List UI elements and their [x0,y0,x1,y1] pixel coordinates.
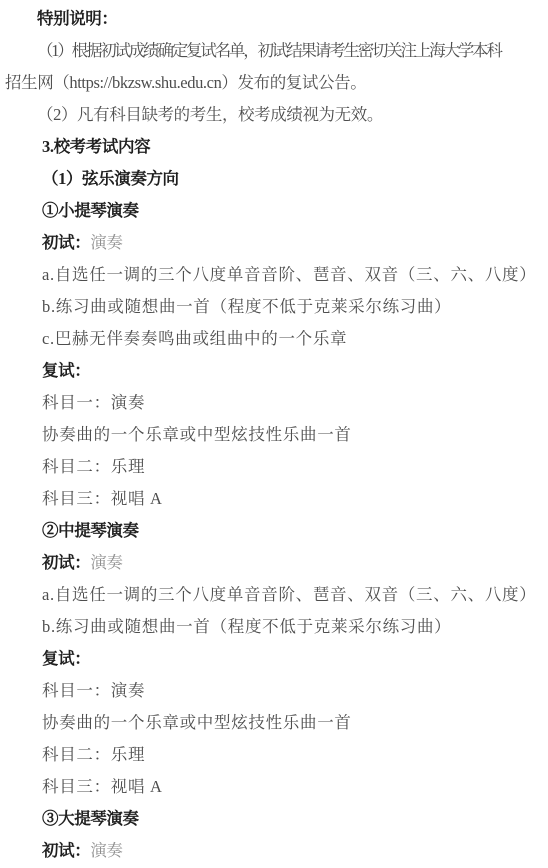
cello-first-round-text: 演奏 [90,841,122,860]
viola-second-round-heading-text: 复试： [42,649,90,668]
violin-first-round-text: 初试： [42,233,90,252]
violin-first-round-text: 演奏 [90,233,122,252]
viola-first-round-text: 演奏 [90,553,122,572]
cello-heading: ③大提琴演奏 [5,803,542,835]
viola-subject-1: 科目一：演奏 [5,675,542,707]
viola-first-round-item-a-text: a.自选任一调的三个八度单音音阶、琶音、双音（三、六、八度） [42,585,536,604]
violin-subject-3-text: 科目三：视唱 A [42,489,163,508]
violin-subject-3: 科目三：视唱 A [5,483,542,515]
violin-subject-1-text: 科目一：演奏 [42,393,145,412]
viola-first-round-item-b-text: b.练习曲或随想曲一首（程度不低于克莱采尔练习曲） [42,617,451,636]
viola-subject-1-text: 科目一：演奏 [42,681,145,700]
note-2-text: （2）凡有科目缺考的考生，校考成绩视为无效。 [37,105,383,124]
viola-first-round-item-b: b.练习曲或随想曲一首（程度不低于克莱采尔练习曲） [5,611,542,643]
cello-heading-text: ③大提琴演奏 [42,809,139,828]
direction-1-heading-text: （1）弦乐演奏方向 [42,169,179,188]
viola-subject-1-desc: 协奏曲的一个乐章或中型炫技性乐曲一首 [5,707,542,739]
violin-first-round-item-c: c.巴赫无伴奏奏鸣曲或组曲中的一个乐章 [5,323,542,355]
viola-subject-3: 科目三：视唱 A [5,771,542,803]
document-body: 特别说明：（1）根据初试成绩确定复试名单，初试结果请考生密切关注上海大学本科招生… [5,3,542,867]
violin-subject-1-desc: 协奏曲的一个乐章或中型炫技性乐曲一首 [5,419,542,451]
violin-heading-text: ①小提琴演奏 [42,201,139,220]
violin-first-round-item-a-text: a.自选任一调的三个八度单音音阶、琶音、双音（三、六、八度） [42,265,536,284]
violin-second-round-heading: 复试： [5,355,542,387]
cello-first-round-text: 初试： [42,841,90,860]
viola-subject-3-text: 科目三：视唱 A [42,777,163,796]
viola-second-round-heading: 复试： [5,643,542,675]
viola-first-round-item-a: a.自选任一调的三个八度单音音阶、琶音、双音（三、六、八度） [5,579,542,611]
violin-first-round-item-a: a.自选任一调的三个八度单音音阶、琶音、双音（三、六、八度） [5,259,542,291]
viola-subject-2: 科目二：乐理 [5,739,542,771]
section-3-heading: 3.校考考试内容 [5,131,542,163]
violin-subject-1-desc-text: 协奏曲的一个乐章或中型炫技性乐曲一首 [42,425,352,444]
viola-subject-1-desc-text: 协奏曲的一个乐章或中型炫技性乐曲一首 [42,713,352,732]
violin-first-round-item-b: b.练习曲或随想曲一首（程度不低于克莱采尔练习曲） [5,291,542,323]
viola-first-round: 初试：演奏 [5,547,542,579]
note-2: （2）凡有科目缺考的考生，校考成绩视为无效。 [5,99,542,131]
viola-subject-2-text: 科目二：乐理 [42,745,145,764]
note-1-line-1-text: （1）根据初试成绩确定复试名单，初试结果请考生密切关注上海大学本科 [37,41,501,60]
viola-first-round-text: 初试： [42,553,90,572]
note-1-line-1: （1）根据初试成绩确定复试名单，初试结果请考生密切关注上海大学本科 [5,35,542,67]
violin-heading: ①小提琴演奏 [5,195,542,227]
direction-1-heading: （1）弦乐演奏方向 [5,163,542,195]
violin-first-round: 初试：演奏 [5,227,542,259]
special-notes-heading: 特别说明： [5,3,542,35]
cello-first-round: 初试：演奏 [5,835,542,867]
section-3-heading-text: 3.校考考试内容 [42,137,150,156]
violin-subject-2-text: 科目二：乐理 [42,457,145,476]
violin-subject-1: 科目一：演奏 [5,387,542,419]
violin-second-round-heading-text: 复试： [42,361,90,380]
viola-heading-text: ②中提琴演奏 [42,521,139,540]
note-1-line-2: 招生网（https://bkzsw.shu.edu.cn）发布的复试公告。 [5,67,542,99]
note-1-line-2-text: 招生网（https://bkzsw.shu.edu.cn）发布的复试公告。 [5,73,366,92]
viola-heading: ②中提琴演奏 [5,515,542,547]
violin-subject-2: 科目二：乐理 [5,451,542,483]
violin-first-round-item-b-text: b.练习曲或随想曲一首（程度不低于克莱采尔练习曲） [42,297,451,316]
special-notes-heading-text: 特别说明： [37,9,118,28]
violin-first-round-item-c-text: c.巴赫无伴奏奏鸣曲或组曲中的一个乐章 [42,329,347,348]
document-page: 特别说明：（1）根据初试成绩确定复试名单，初试结果请考生密切关注上海大学本科招生… [0,0,548,865]
